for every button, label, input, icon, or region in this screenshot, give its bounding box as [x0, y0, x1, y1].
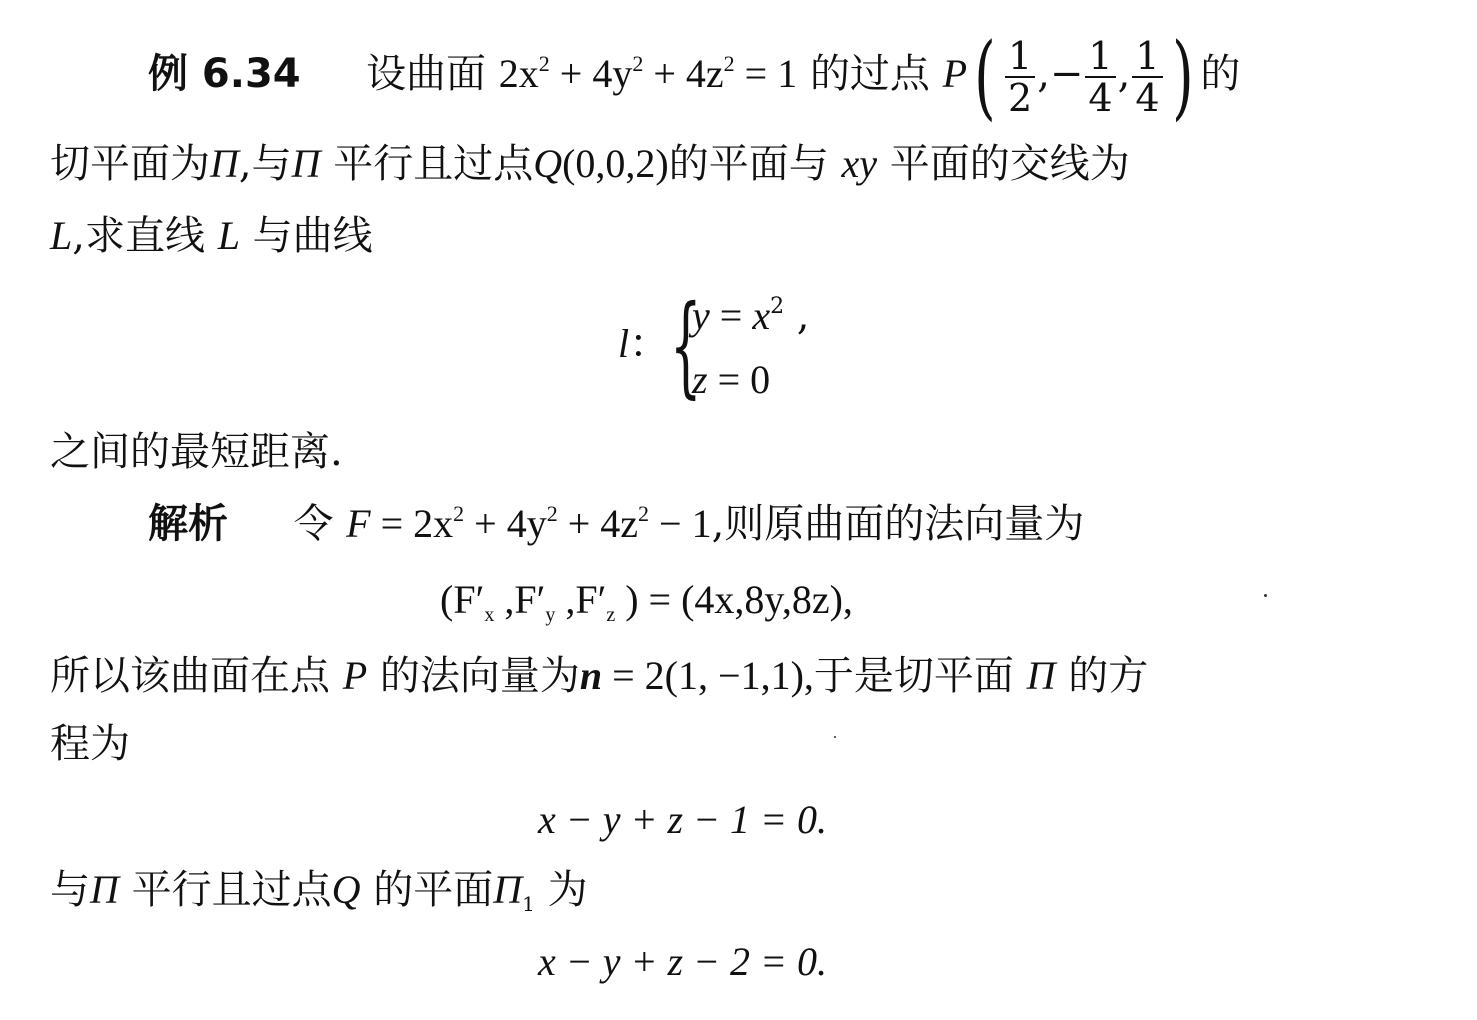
right-paren: ) [1172, 37, 1194, 117]
scan-speck [834, 736, 836, 738]
parallel-plane-equation: x − y + z − 2 = 0. [538, 938, 827, 986]
solution-line-4: 与Π 平行且过点Q 的平面Π1 为 [50, 866, 588, 914]
solution-line-3: 程为 [50, 720, 130, 768]
example-label: 例 6.34 [148, 51, 301, 97]
normal-vector-n: n [580, 653, 602, 698]
curve-name: l [618, 321, 629, 366]
curve-row-2: z = 0 [692, 356, 770, 404]
surface-equation: 2x2 + 4y2 + 4z2 = 1 [499, 51, 797, 96]
line-L: L [50, 213, 72, 258]
example-line-3: L,求直线 L 与曲线 [50, 212, 373, 260]
point-q: Q [533, 141, 562, 186]
plane-pi: Π [210, 141, 239, 186]
solution-line-2: 所以该曲面在点 P 的法向量为n = 2(1, −1,1),于是切平面 Π 的方 [50, 652, 1148, 700]
fraction-z: 14 [1132, 36, 1162, 118]
tangent-plane-equation: x − y + z − 1 = 0. [538, 796, 827, 844]
gradient-equation: (F′x ,F′y ,F′z ) = (4x,8y,8z), [440, 576, 853, 624]
example-line-1: 例 6.34 设曲面 2x2 + 4y2 + 4z2 = 1 的过点 P(12,… [148, 36, 1240, 118]
curve-row-1: y = x2 , [692, 292, 810, 340]
left-paren: ( [974, 37, 996, 117]
example-intro: 设曲面 [366, 51, 486, 97]
scan-speck [1264, 594, 1267, 597]
solution-label: 解析 [148, 501, 228, 547]
solution-line-1: 解析 令 F = 2x2 + 4y2 + 4z2 − 1,则原曲面的法向量为 [148, 500, 1084, 548]
fraction-y: 14 [1085, 36, 1115, 118]
example-line-2: 切平面为Π,与Π 平行且过点Q(0,0,2)的平面与 xy 平面的交线为 [50, 140, 1130, 188]
point-p: P [943, 51, 967, 96]
example-line-4: 之间的最短距离. [50, 428, 343, 476]
fraction-x: 12 [1005, 36, 1035, 118]
